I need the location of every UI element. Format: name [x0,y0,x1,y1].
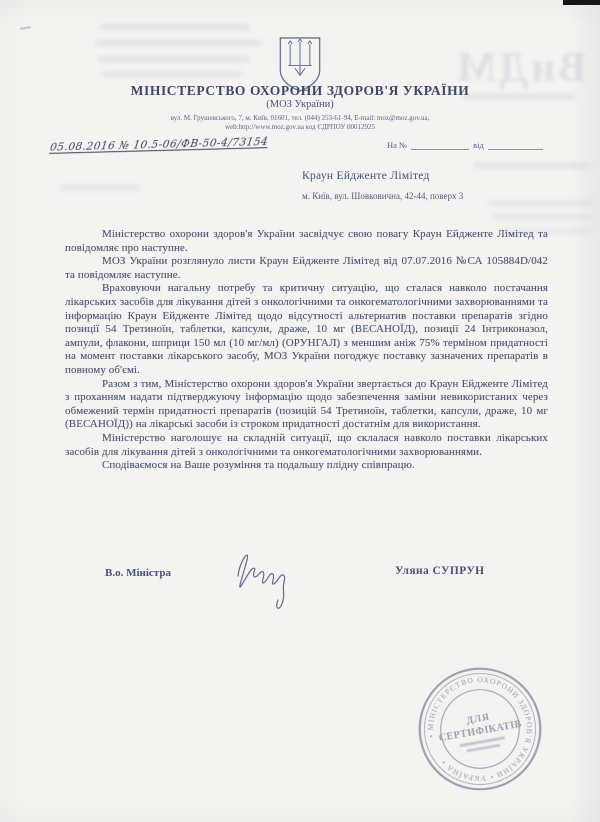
scan-corner-mark [20,26,31,30]
body-paragraph: Міністерство охорони здоров'я України за… [65,228,548,255]
certificates-round-stamp: • МІНІСТЕРСТВО ОХОРОНИ ЗДОРОВ'Я УКРАЇНИ … [402,651,557,806]
bleedthrough-artifact [95,40,261,46]
signer-name: Уляна СУПРУН [395,565,485,577]
body-paragraph: МОЗ України розглянуло листи Краун Ейдже… [65,255,548,282]
ministry-title: МІНІСТЕРСТВО ОХОРОНИ ЗДОРОВ'Я УКРАЇНИ [0,83,600,99]
bleedthrough-artifact [102,71,242,77]
reply-reference-line: На №від [387,140,543,150]
signer-position: В.о. Міністра [105,567,171,579]
ministry-subtitle: (МОЗ України) [0,99,600,110]
body-paragraph: Міністерство наголошує на складній ситуа… [65,432,548,459]
body-paragraph: Сподіваємося на Ваше розуміння та подаль… [65,459,548,473]
body-paragraph: Враховуючи нагальну потребу та критичну … [65,282,548,377]
reply-number-label: На № [387,140,407,150]
bleedthrough-artifact [98,56,250,62]
ministry-address-line1: вул. М. Грушевського, 7, м. Київ, 01601,… [0,114,600,122]
handwritten-registration-number: 05.08.2016 № 10.5-06/ФВ-50-4/73154 [49,136,269,154]
bleedthrough-artifact [474,162,590,169]
bleedthrough-artifact [492,214,592,220]
scanned-letter-page: { "page": { "background": "#f3f3f1", "in… [0,0,600,822]
handwritten-signature [218,544,318,610]
ministry-address-line2: web:http://www.moz.gov.ua код ЄДРПОУ 000… [0,123,600,131]
recipient-name: Краун Ейдженте Лімітед [302,170,430,182]
reply-number-blank [411,141,469,150]
body-paragraph: Разом з тим, Міністерство охорони здоров… [65,378,548,432]
bleedthrough-artifact [100,24,250,30]
letter-body: Міністерство охорони здоров'я України за… [65,228,548,473]
recipient-address: м. Київ, вул. Шовковична, 42-44, поверх … [302,191,463,201]
bleedthrough-artifact [488,200,592,206]
reply-date-label: від [473,140,484,150]
reply-date-blank [488,141,543,150]
scan-corner-notch [563,0,600,5]
bleedthrough-artifact [60,184,140,191]
